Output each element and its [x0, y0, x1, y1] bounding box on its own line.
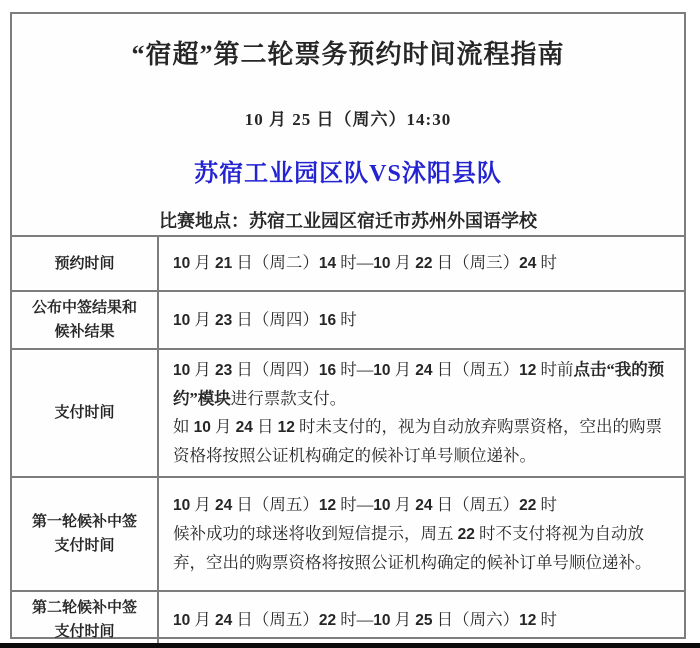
row-label: 第二轮候补中签 支付时间: [12, 592, 159, 648]
schedule-table: 预约时间 10 月 21 日（周二）14 时—10 月 22 日（周三）24 时…: [12, 235, 684, 648]
row-label: 预约时间: [12, 237, 159, 290]
table-row-first-waitlist-payment: 第一轮候补中签 支付时间 10 月 24 日（周五）12 时—10 月 24 日…: [12, 478, 684, 592]
notice-sheet: “宿超”第二轮票务预约时间流程指南 10 月 25 日（周六）14:30 苏宿工…: [10, 12, 686, 639]
page-title: “宿超”第二轮票务预约时间流程指南: [12, 14, 684, 71]
row-content: 10 月 24 日（周五）12 时—10 月 24 日（周五）22 时 候补成功…: [159, 478, 684, 590]
table-row-second-waitlist-payment: 第二轮候补中签 支付时间 10 月 24 日（周五）22 时—10 月 25 日…: [12, 592, 684, 648]
notice-header: “宿超”第二轮票务预约时间流程指南 10 月 25 日（周六）14:30 苏宿工…: [12, 14, 684, 235]
row-content: 10 月 21 日（周二）14 时—10 月 22 日（周三）24 时: [159, 237, 684, 290]
row-label: 支付时间: [12, 350, 159, 476]
row-content: 10 月 23 日（周四）16 时—10 月 24 日（周五）12 时前点击“我…: [159, 350, 684, 476]
row-label: 第一轮候补中签 支付时间: [12, 478, 159, 590]
match-title: 苏宿工业园区队VS沭阳县队: [12, 153, 684, 188]
match-venue: 比赛地点：苏宿工业园区宿迁市苏州外国语学校: [12, 207, 684, 233]
bottom-black-bar: [0, 643, 700, 648]
row-label: 公布中签结果和 候补结果: [12, 292, 159, 348]
table-row-reservation-time: 预约时间 10 月 21 日（周二）14 时—10 月 22 日（周三）24 时: [12, 237, 684, 292]
match-datetime: 10 月 25 日（周六）14:30: [12, 105, 684, 130]
row-content: 10 月 24 日（周五）22 时—10 月 25 日（周六）12 时: [159, 592, 684, 648]
row-content: 10 月 23 日（周四）16 时: [159, 292, 684, 348]
table-row-payment-time: 支付时间 10 月 23 日（周四）16 时—10 月 24 日（周五）12 时…: [12, 350, 684, 478]
table-row-lottery-results: 公布中签结果和 候补结果 10 月 23 日（周四）16 时: [12, 292, 684, 350]
